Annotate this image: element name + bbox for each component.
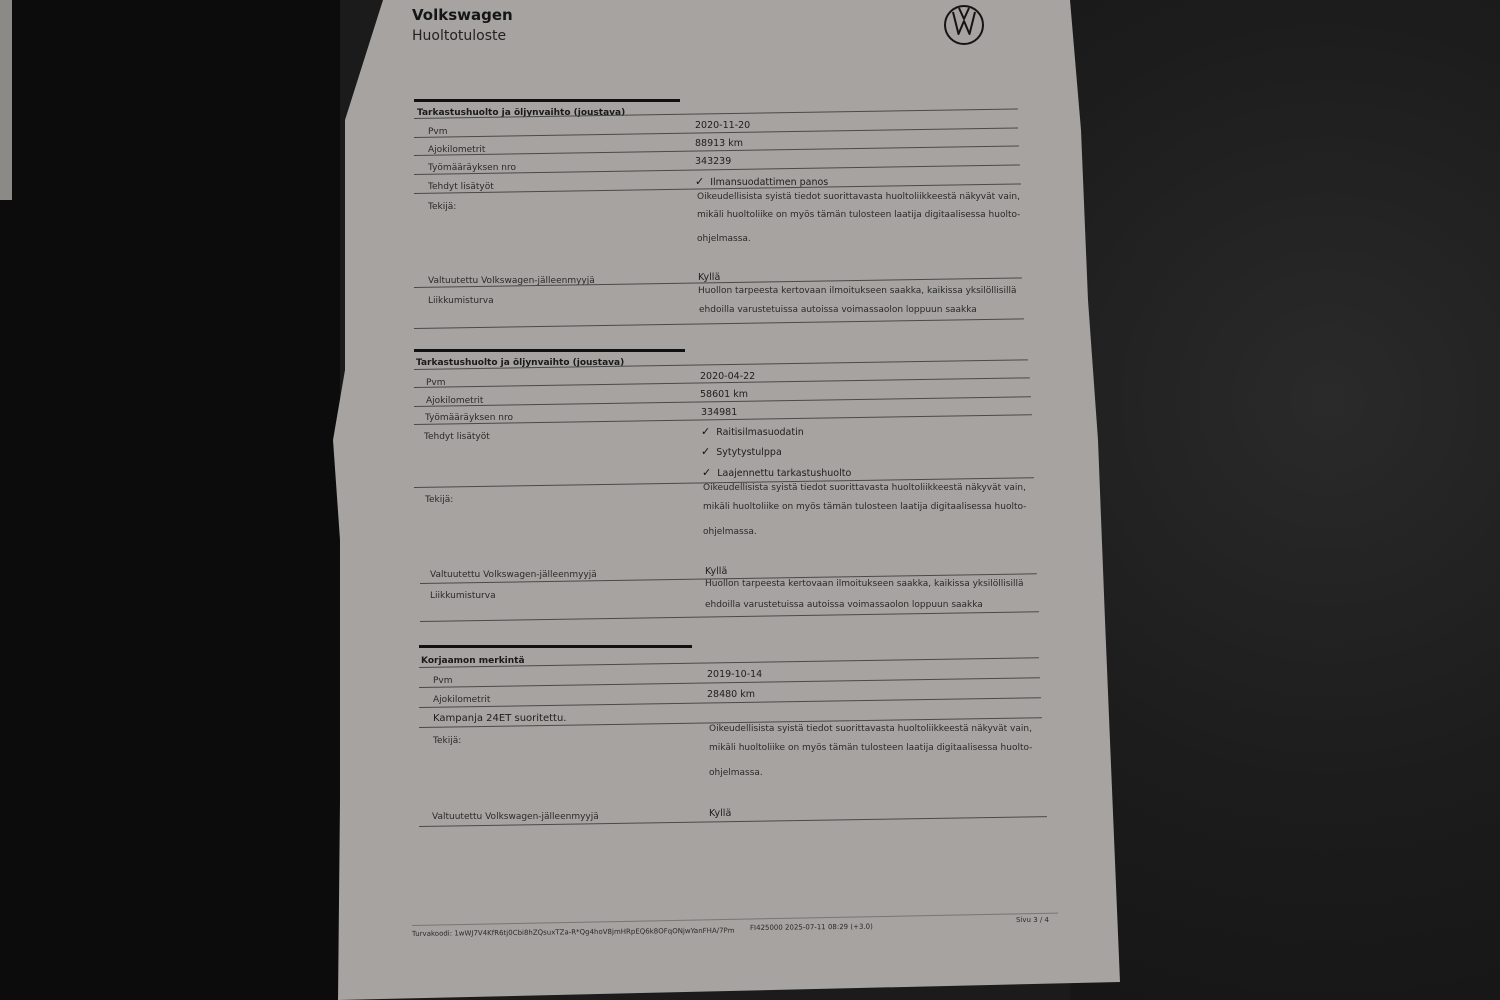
mobility-line: Huollon tarpeesta kertovaan ilmoitukseen… [698,286,1017,296]
security-code: Turvakoodi: 1wWJ7V4KfR6tj0Cbi8hZQsuxTZa-… [412,927,735,938]
section-3-title: Korjaamon merkintä [421,656,525,666]
mileage-value: 28480 km [707,689,755,700]
work-order-label: Työmääräyksen nro [425,413,513,423]
date-value: 2020-04-22 [700,371,755,382]
date-value: 2019-10-14 [707,669,762,680]
checkmark-icon: ✓ [701,425,710,438]
dealer-label: Valtuutettu Volkswagen-jälleenmyyjä [432,812,599,822]
maker-note-line: Oikeudellisista syistä tiedot suorittava… [703,483,1026,493]
dealer-value: Kyllä [705,566,727,577]
date-value: 2020-11-20 [695,120,750,131]
date-label: Pvm [428,127,448,137]
checkmark-icon: ✓ [695,175,704,188]
maker-note-line: mikäli huoltoliike on myös tämän tuloste… [703,502,1026,512]
maker-note-line: Oikeudellisista syistä tiedot suorittava… [697,192,1020,202]
maker-note-line: ohjelmassa. [697,234,751,244]
maker-note-line: Oikeudellisista syistä tiedot suorittava… [709,724,1032,734]
page-number: Sivu 3 / 4 [1016,916,1049,924]
maker-note-line: ohjelmassa. [709,768,763,778]
campaign-note: Kampanja 24ET suoritettu. [433,713,566,724]
checkmark-icon: ✓ [701,445,710,458]
mobility-line: Huollon tarpeesta kertovaan ilmoitukseen… [705,579,1024,589]
mobility-line: ehdoilla varustetuissa autoissa voimassa… [705,600,983,610]
section-1-heading-bar [414,99,680,102]
divider [414,318,1024,329]
work-order-label: Työmääräyksen nro [428,163,516,173]
extra-work-item: ✓Raitisilmasuodatin [701,425,804,438]
divider [420,611,1039,622]
document-title: Huoltotuloste [412,28,506,44]
mileage-label: Ajokilometrit [433,695,490,705]
extra-work-label: Tehdyt lisätyöt [424,432,490,442]
mobility-label: Liikkumisturva [428,296,494,306]
maker-note-line: ohjelmassa. [703,527,757,537]
mileage-value: 88913 km [695,138,743,149]
vw-logo-icon [943,4,985,46]
date-label: Pvm [433,676,453,686]
checkmark-icon: ✓ [702,466,711,479]
maker-label: Tekijä: [425,495,453,505]
work-order-value: 334981 [701,407,737,418]
section-2-heading-bar [414,349,685,352]
extra-work-item: ✓Sytytystulppa [701,445,782,458]
dealer-label: Valtuutettu Volkswagen-jälleenmyyjä [430,570,597,580]
maker-label: Tekijä: [433,736,461,746]
maker-label: Tekijä: [428,202,456,212]
work-order-value: 343239 [695,156,731,167]
extra-work-label: Tehdyt lisätyöt [428,182,494,192]
brand-name: Volkswagen [412,6,513,24]
maker-note-line: mikäli huoltoliike on myös tämän tuloste… [709,743,1032,753]
service-document: Volkswagen Huoltotuloste Tarkastushuolto… [0,0,1500,1000]
extra-work-item: ✓Laajennettu tarkastushuolto [702,466,851,479]
footer-divider [412,913,1058,926]
dealer-value: Kyllä [709,808,731,819]
mileage-value: 58601 km [700,389,748,400]
print-meta: FI425000 2025-07-11 08:29 (+3.0) [750,923,873,932]
section-3-heading-bar [419,645,692,648]
mobility-line: ehdoilla varustetuissa autoissa voimassa… [699,305,977,315]
maker-note-line: mikäli huoltoliike on myös tämän tuloste… [697,210,1020,220]
mobility-label: Liikkumisturva [430,591,496,601]
